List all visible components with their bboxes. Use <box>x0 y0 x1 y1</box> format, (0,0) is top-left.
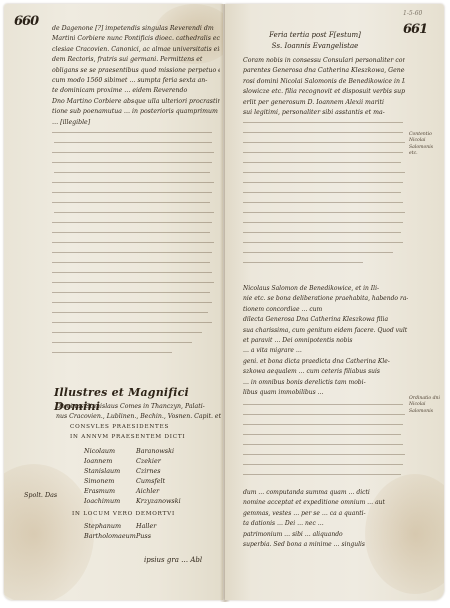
folio-number: 660 <box>14 14 38 29</box>
text-line: gemmas, vestes … per se … ca a quanti- <box>243 509 408 519</box>
consul-row: SimonemCumsfelt <box>84 476 204 486</box>
text-line: nomine acceptat et expeditione omnium … … <box>243 498 408 508</box>
text-line: erlit per generosum D. Ioannem Alexii ma… <box>243 98 405 108</box>
replacement-row: StephanumHaller <box>84 521 214 531</box>
replacements-list: StephanumHaller BartholomaeumPuss <box>84 521 214 541</box>
text-line: Martini Corbiere nunc Pontificis dioec. … <box>52 34 220 44</box>
text-line: ta dationis … Dei … nec … <box>243 519 408 529</box>
text-line: Coram nobis in consessu Consulari person… <box>243 56 405 66</box>
right-heading: Feria tertia post F[estum] Ss. Ioannis E… <box>255 30 375 52</box>
consul-row: ErasmumAichler <box>84 486 204 496</box>
right-body-text: Coram nobis in consessu Consulari person… <box>243 56 405 118</box>
left-body-text: de Dagenone [?] impetendis singulas Reve… <box>52 24 220 128</box>
text-line: geni. et bona dicta praedicta dna Cather… <box>243 357 408 367</box>
text-line: nie etc. se bona deliberatione praehabit… <box>243 294 408 304</box>
text-line: dilecta Generosa Dna Catherina Kleszkowa… <box>243 315 408 325</box>
margin-note-upper: Contentio Nicolai Salomonis etc. <box>409 132 441 158</box>
text-line: tionem concordiae … cum <box>243 305 408 315</box>
text-line: Dominus Stanislaus Comes in Thanczyn, Pa… <box>56 402 221 412</box>
dignitaries: Dominus Stanislaus Comes in Thanczyn, Pa… <box>56 402 221 423</box>
text-line: tione sub poenamutua … in posterioris qu… <box>52 107 220 117</box>
right-body-text-lower: Nicolaus Salomon de Benedikowice, et in … <box>243 284 408 398</box>
text-line: superbia. Sed bona a minime … singulis <box>243 540 408 550</box>
margin-note-lower: Ordinatio dni Nicolai Salomonis <box>409 396 441 415</box>
text-line: obligans se se praesentibus quod mission… <box>52 66 220 76</box>
text-line: parentes Generosa dna Catherina Kleszkow… <box>243 66 405 76</box>
text-line: … a vita migrare … <box>243 346 408 356</box>
text-line: Dno Martino Corbiere absque ulla ulterio… <box>52 97 220 107</box>
left-page: 660 de Dagenone [?] impetendis singulas … <box>4 4 223 600</box>
heading-line: Ss. Ioannis Evangelistae <box>255 41 375 52</box>
text-line: slowicze etc. filia recognovit et dispos… <box>243 87 405 97</box>
text-line: patrimonium … sibi … aliquando <box>243 530 408 540</box>
replacement-title: IN LOCUM VERO DEMORTVI <box>72 509 175 519</box>
text-line: sua charissima, cum genitum eidem facere… <box>243 326 408 336</box>
text-line: cum modo 1560 sibimet … sumpta feria sex… <box>52 76 220 86</box>
right-body-text-closing: dum … computanda summa quam … dicti nomi… <box>243 488 408 550</box>
manuscript-spread: 660 de Dagenone [?] impetendis singulas … <box>4 4 446 602</box>
side-label: Spolt. Das <box>24 490 57 500</box>
text-line: dum … computanda summa quam … dicti <box>243 488 408 498</box>
text-line: Nicolaus Salomon de Benedikowice, et in … <box>243 284 408 294</box>
consul-row: IoannemCzekier <box>84 456 204 466</box>
text-line: szkowa aequalem … cum ceteris filiabus s… <box>243 367 408 377</box>
text-line: te dominicam proxime … eidem Reverendo <box>52 86 220 96</box>
text-line: rosi domini Nicolai Salomonis de Benedik… <box>243 77 405 87</box>
text-line: clesiae Cracovien. Canonici, ac almae un… <box>52 45 220 55</box>
signature: ipsius gra … Abl <box>144 556 202 564</box>
consuls-subtitle: IN ANNVM PRAESENTEM DICTI <box>70 432 185 442</box>
consuls-title: CONSVLES PRAESIDENTES <box>70 422 169 432</box>
replacement-row: BartholomaeumPuss <box>84 531 214 541</box>
text-line: … [illegible] <box>52 118 220 128</box>
text-line: … in omnibus bonis derelictis tam mobi- <box>243 378 408 388</box>
consul-row: NicolaumBaranowski <box>84 446 204 456</box>
text-line: et paravit … Dei omnipotentis nobis <box>243 336 408 346</box>
folio-number: 661 <box>403 22 427 37</box>
pencil-note: 1-5-60 <box>403 10 422 17</box>
text-line: de Dagenone [?] impetendis singulas Reve… <box>52 24 220 34</box>
paper-stain <box>4 464 94 600</box>
consul-row: IoachimumKrzyzanowski <box>84 496 204 506</box>
right-page: 1-5-60 661 Feria tertia post F[estum] Ss… <box>225 4 444 600</box>
consuls-list: NicolaumBaranowski IoannemCzekier Stanis… <box>84 446 204 506</box>
text-line: dem Rectoris, fratris sui germani. Permi… <box>52 55 220 65</box>
text-line: libus quam immobilibus … <box>243 388 408 398</box>
heading-line: Feria tertia post F[estum] <box>255 30 375 41</box>
text-line: sui legitimi, personaliter sibi asstanti… <box>243 108 405 118</box>
consul-row: StanislaumCzirnes <box>84 466 204 476</box>
